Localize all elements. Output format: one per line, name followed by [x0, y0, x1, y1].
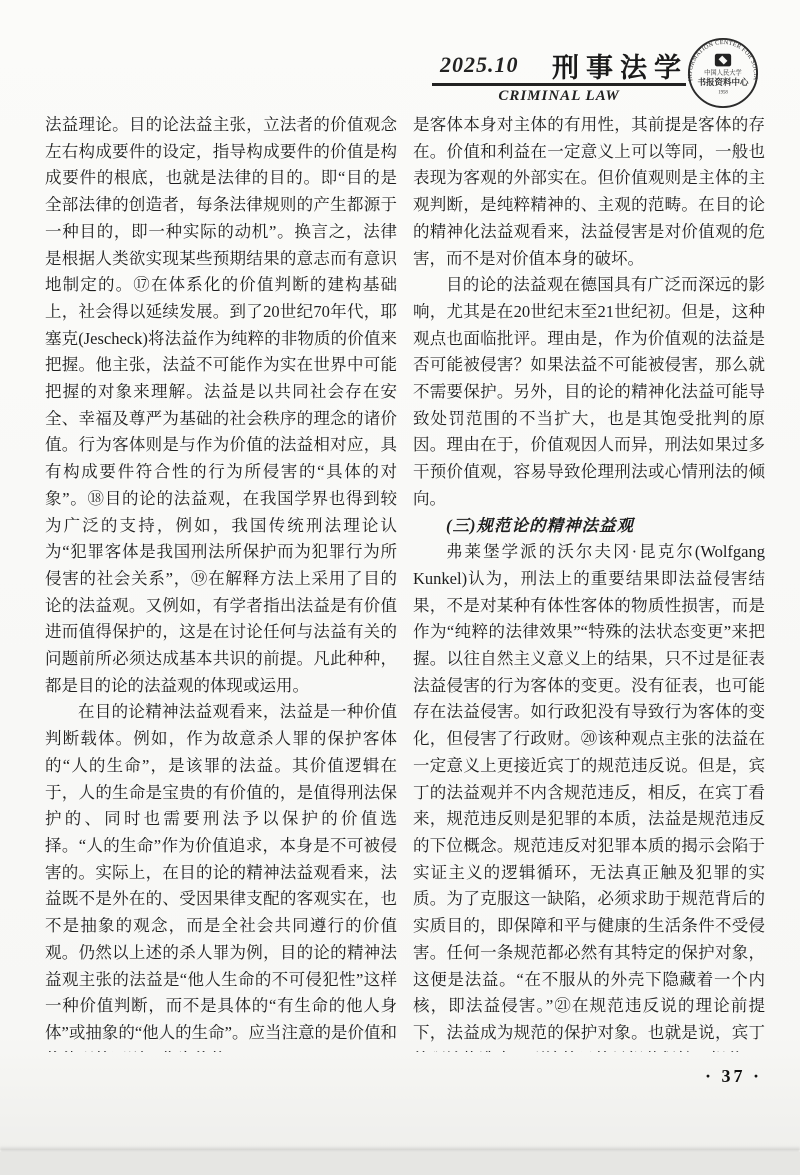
paragraph: 弗莱堡学派的沃尔夫冈·昆克尔(Wolfgang Kunkel)认为，刑法上的重要…: [413, 539, 765, 1052]
header-divider: [432, 83, 686, 86]
issue-date: 2025.10: [440, 52, 519, 78]
publisher-seal-icon: INFORMATION CENTER FOR SOCIAL SCIENCES 中…: [686, 36, 760, 110]
seal-org-text: 中国人民大学: [704, 67, 742, 76]
page-header: 2025.10 刑事法学 CRIMINAL LAW INFORMATION CE…: [0, 0, 800, 110]
right-column: 是客体本身对主体的有用性，其前提是客体的存在。价值和利益在一定意义上可以等同，一…: [413, 112, 765, 1052]
paragraph: 在目的论精神法益观看来，法益是一种价值判断载体。例如，作为故意杀人罪的保护客体的…: [45, 699, 397, 1052]
page-number: · 37 ·: [705, 1066, 762, 1087]
seal-year-text: 1958: [718, 91, 728, 96]
paragraph: 是客体本身对主体的有用性，其前提是客体的存在。价值和利益在一定意义上可以等同，一…: [413, 112, 765, 272]
section-heading: (三)规范论的精神法益观: [413, 513, 765, 540]
paragraph: 法益理论。目的论法益主张，立法者的价值观念左右构成要件的设定，指导构成要件的价值…: [45, 112, 397, 699]
journal-title-chinese: 刑事法学: [552, 46, 688, 85]
paragraph: 目的论的法益观在德国具有广泛而深远的影响，尤其是在20世纪末至21世纪初。但是，…: [413, 272, 765, 512]
journal-page: 2025.10 刑事法学 CRIMINAL LAW INFORMATION CE…: [0, 0, 800, 1175]
left-column: 法益理论。目的论法益主张，立法者的价值观念左右构成要件的设定，指导构成要件的价值…: [45, 112, 397, 1052]
article-body: 法益理论。目的论法益主张，立法者的价值观念左右构成要件的设定，指导构成要件的价值…: [45, 112, 765, 1057]
scan-background: [0, 1152, 800, 1175]
journal-title-english: CRIMINAL LAW: [432, 88, 686, 105]
seal-center-text: 书报资料中心: [697, 77, 749, 87]
